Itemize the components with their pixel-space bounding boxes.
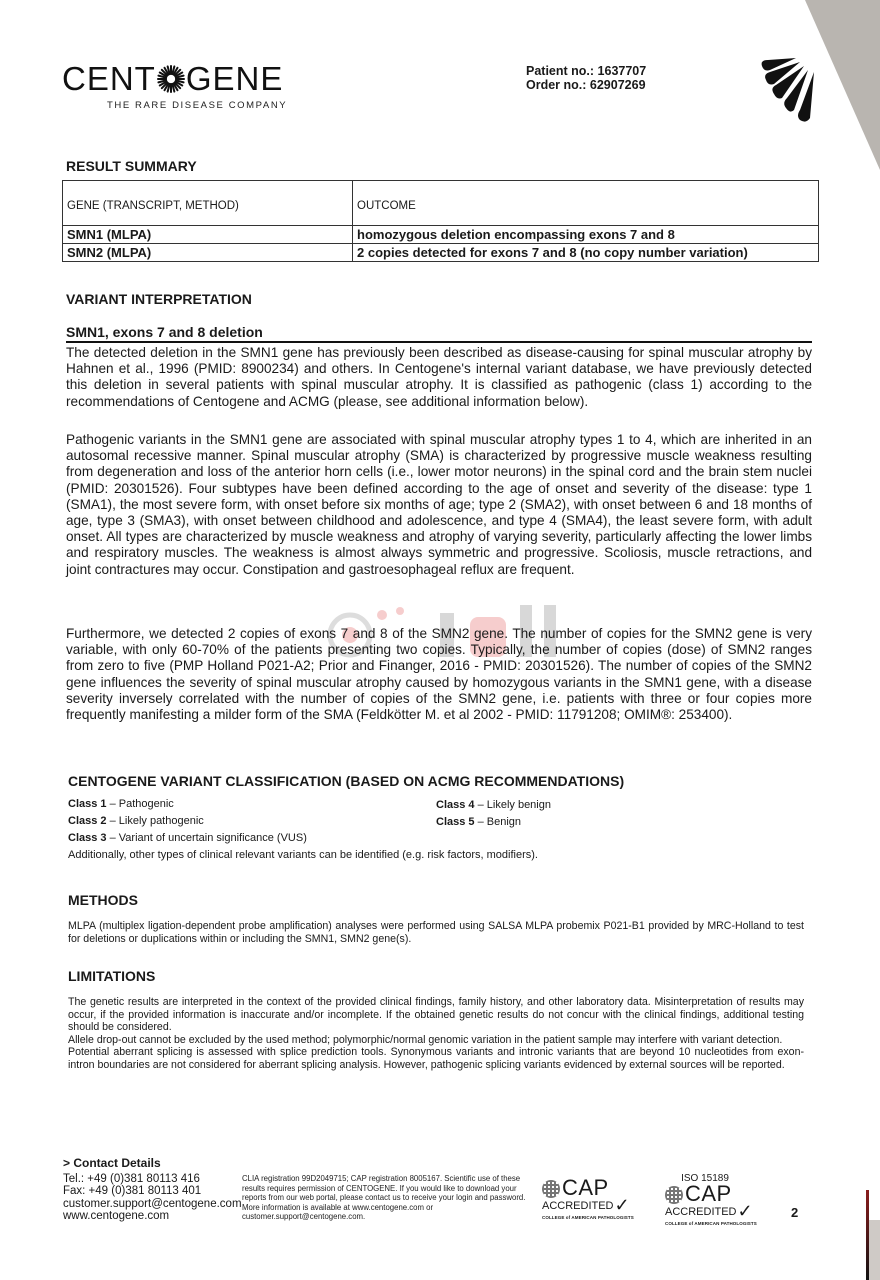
classification-note: Additionally, other types of clinical re… xyxy=(68,847,538,864)
centogene-logo: CENT GENE THE RARE DISEASE COMPANY xyxy=(62,62,287,111)
contact-details: > Contact Details Tel.: +49 (0)381 80113… xyxy=(63,1157,242,1223)
patient-order-ids: Patient no.: 1637707 Order no.: 62907269 xyxy=(526,64,646,92)
result-summary-table: GENE (TRANSCRIPT, METHOD) OUTCOME SMN1 (… xyxy=(62,180,819,262)
classification-list: Class 1 – Pathogenic Class 2 – Likely pa… xyxy=(68,796,538,864)
methods-text: MLPA (multiplex ligation-dependent probe… xyxy=(68,920,804,945)
limitations-paragraph: The genetic results are interpreted in t… xyxy=(68,996,804,1034)
logo-text-right: GENE xyxy=(186,62,284,95)
interpretation-paragraph: Pathogenic variants in the SMN1 gene are… xyxy=(66,432,812,578)
gene-cell: SMN2 (MLPA) xyxy=(63,244,353,262)
column-header-outcome: OUTCOME xyxy=(353,181,819,226)
checkmark-icon: ✓ xyxy=(615,1198,630,1212)
patient-number: Patient no.: 1637707 xyxy=(526,64,646,78)
limitations-paragraph: Potential aberrant splicing is assessed … xyxy=(68,1046,804,1071)
clia-note: CLIA registration 99D2049715; CAP regist… xyxy=(242,1174,537,1222)
interpretation-paragraph: Furthermore, we detected 2 copies of exo… xyxy=(66,626,812,723)
classification-heading: CENTOGENE VARIANT CLASSIFICATION (BASED … xyxy=(68,773,624,789)
brand-rays-icon xyxy=(760,58,822,124)
outcome-cell: homozygous deletion encompassing exons 7… xyxy=(353,226,819,244)
table-row: SMN2 (MLPA) 2 copies detected for exons … xyxy=(63,244,819,262)
limitations-heading: LIMITATIONS xyxy=(68,968,155,984)
methods-heading: METHODS xyxy=(68,892,138,908)
checkmark-icon: ✓ xyxy=(738,1204,753,1218)
column-header-gene: GENE (TRANSCRIPT, METHOD) xyxy=(63,181,353,226)
limitations-paragraph: Allele drop-out cannot be excluded by th… xyxy=(68,1034,804,1047)
contact-fax: Fax: +49 (0)381 80113 401 xyxy=(63,1185,242,1198)
contact-heading: > Contact Details xyxy=(63,1157,242,1170)
table-header-row: GENE (TRANSCRIPT, METHOD) OUTCOME xyxy=(63,181,819,226)
page-number: 2 xyxy=(791,1205,798,1220)
cap-globe-icon xyxy=(665,1186,683,1204)
sun-burst-icon xyxy=(157,65,185,93)
patient-number-value: 1637707 xyxy=(598,64,647,78)
contact-website: www.centogene.com xyxy=(63,1210,242,1223)
limitations-text: The genetic results are interpreted in t… xyxy=(68,996,804,1072)
cap-globe-icon xyxy=(542,1180,560,1198)
logo-tagline: THE RARE DISEASE COMPANY xyxy=(107,100,287,111)
class-item: Class 5 – Benign xyxy=(436,814,551,831)
background-surface xyxy=(869,1220,880,1280)
result-summary-heading: RESULT SUMMARY xyxy=(66,158,197,174)
cap-iso-badge: ISO 15189 CAP ACCREDITED✓ COLLEGE of AME… xyxy=(665,1173,775,1226)
table-row: SMN1 (MLPA) homozygous deletion encompas… xyxy=(63,226,819,244)
order-number: Order no.: 62907269 xyxy=(526,78,646,92)
logo-text-left: CENT xyxy=(62,62,156,95)
class-item: Class 3 – Variant of uncertain significa… xyxy=(68,830,538,847)
gene-cell: SMN1 (MLPA) xyxy=(63,226,353,244)
order-number-value: 62907269 xyxy=(590,78,646,92)
contact-email: customer.support@centogene.com xyxy=(63,1198,242,1211)
contact-phone: Tel.: +49 (0)381 80113 416 xyxy=(63,1173,242,1186)
class-item: Class 4 – Likely benign xyxy=(436,797,551,814)
interpretation-paragraph: The detected deletion in the SMN1 gene h… xyxy=(66,345,812,410)
variant-interpretation-heading: VARIANT INTERPRETATION xyxy=(66,291,252,307)
cap-accredited-badge: CAP ACCREDITED✓ COLLEGE of AMERICAN PATH… xyxy=(542,1178,652,1220)
variant-subheading: SMN1, exons 7 and 8 deletion xyxy=(66,324,812,343)
outcome-cell: 2 copies detected for exons 7 and 8 (no … xyxy=(353,244,819,262)
